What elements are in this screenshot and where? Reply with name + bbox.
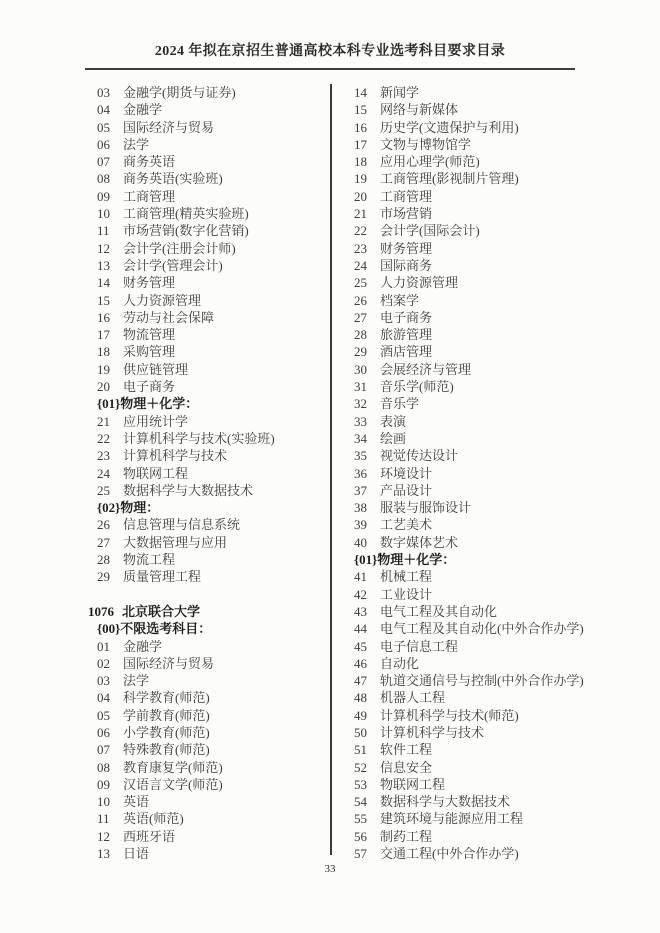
item-text: 制药工程 [380, 829, 432, 844]
item-text: 计算机科学与技术 [380, 725, 484, 740]
item-text: 特殊教育(师范) [123, 742, 210, 757]
major-item: 12会计学(注册会计师) [0, 240, 330, 257]
item-number: 20 [97, 378, 114, 395]
item-number: 08 [97, 170, 114, 187]
item-number: 08 [97, 759, 114, 776]
item-text: 法学 [123, 673, 149, 688]
item-text: 绘画 [380, 431, 406, 446]
item-number: 24 [354, 257, 371, 274]
item-text: 旅游管理 [380, 327, 432, 342]
item-text: 物联网工程 [123, 466, 188, 481]
item-number: 51 [354, 741, 371, 758]
item-number: 10 [97, 205, 114, 222]
document-page: 2024 年拟在京招生普通高校本科专业选考科目要求目录 03金融学(期货与证券)… [0, 0, 660, 933]
major-item: 29质量管理工程 [0, 568, 330, 585]
major-item: 13日语 [0, 845, 330, 862]
item-text: 电气工程及其自动化 [380, 604, 497, 619]
item-number: 05 [97, 119, 114, 136]
major-item: 03金融学(期货与证券) [0, 84, 330, 101]
item-text: {01}物理＋化学： [354, 552, 455, 567]
item-text: 视觉传达设计 [380, 448, 458, 463]
item-number: 44 [354, 620, 371, 637]
major-item: 10工商管理(精英实验班) [0, 205, 330, 222]
major-item: 43电气工程及其自动化 [332, 603, 660, 620]
major-item: 25人力资源管理 [332, 274, 660, 291]
item-number: 14 [354, 84, 371, 101]
item-text: 网络与新媒体 [380, 102, 458, 117]
major-item: 21市场营销 [332, 205, 660, 222]
item-text: 酒店管理 [380, 344, 432, 359]
item-text: 表演 [380, 414, 406, 429]
item-number: 03 [97, 672, 114, 689]
item-number: 50 [354, 724, 371, 741]
major-item: 15网络与新媒体 [332, 101, 660, 118]
item-text: 财务管理 [123, 275, 175, 290]
item-text: 信息管理与信息系统 [123, 517, 240, 532]
item-text: {01}物理＋化学： [97, 396, 198, 411]
item-text: 大数据管理与应用 [123, 535, 227, 550]
major-item: 13会计学(管理会计) [0, 257, 330, 274]
column-right: 14新闻学15网络与新媒体16历史学(文遗保护与利用)17文物与博物馆学18应用… [332, 84, 660, 862]
item-number: 35 [354, 447, 371, 464]
item-number: 05 [97, 707, 114, 724]
item-number: 15 [354, 101, 371, 118]
item-number: 42 [354, 586, 371, 603]
major-item: 54数据科学与大数据技术 [332, 793, 660, 810]
item-number: 30 [354, 361, 371, 378]
item-number: 32 [354, 395, 371, 412]
page-number: 33 [0, 863, 660, 875]
item-number: 25 [354, 274, 371, 291]
item-text: 商务英语(实验班) [123, 171, 223, 186]
major-item: 17文物与博物馆学 [332, 136, 660, 153]
item-text: 软件工程 [380, 742, 432, 757]
major-item: 20工商管理 [332, 188, 660, 205]
major-item: 27电子商务 [332, 309, 660, 326]
item-text: 电子信息工程 [380, 639, 458, 654]
item-number: 02 [97, 655, 114, 672]
major-item: 19工商管理(影视制片管理) [332, 170, 660, 187]
item-text: 工商管理(精英实验班) [123, 206, 249, 221]
major-item: 14新闻学 [332, 84, 660, 101]
column-left: 03金融学(期货与证券)04金融学05国际经济与贸易06法学07商务英语08商务… [0, 84, 330, 862]
major-item: 16劳动与社会保障 [0, 309, 330, 326]
major-item: 17物流管理 [0, 326, 330, 343]
item-number: 1076 [88, 603, 114, 620]
subject-requirement-header: {02}物理： [0, 499, 330, 516]
major-item: 23财务管理 [332, 240, 660, 257]
item-text: 产品设计 [380, 483, 432, 498]
item-number: 55 [354, 810, 371, 827]
major-item: 01金融学 [0, 638, 330, 655]
item-text: 电气工程及其自动化(中外合作办学) [380, 621, 584, 636]
major-item: 08教育康复学(师范) [0, 759, 330, 776]
item-text: 数据科学与大数据技术 [380, 794, 510, 809]
item-number: 28 [97, 551, 114, 568]
major-item: 05学前教育(师范) [0, 707, 330, 724]
item-text: 汉语言文学(师范) [123, 777, 223, 792]
item-text: 人力资源管理 [380, 275, 458, 290]
item-number: 21 [354, 205, 371, 222]
item-text: 自动化 [380, 656, 419, 671]
major-item: 20电子商务 [0, 378, 330, 395]
major-item: 10英语 [0, 793, 330, 810]
major-item: 46自动化 [332, 655, 660, 672]
item-number: 47 [354, 672, 371, 689]
major-item: 14财务管理 [0, 274, 330, 291]
major-item: 07商务英语 [0, 153, 330, 170]
item-text: 音乐学 [380, 396, 419, 411]
item-number: 11 [97, 222, 114, 239]
item-number: 54 [354, 793, 371, 810]
item-text: 工艺美术 [380, 517, 432, 532]
item-number: 03 [97, 84, 114, 101]
item-number: 28 [354, 326, 371, 343]
item-text: {00}不限选考科目： [97, 621, 211, 636]
item-text: 音乐学(师范) [380, 379, 454, 394]
item-number: 34 [354, 430, 371, 447]
item-number: 20 [354, 188, 371, 205]
major-item: 48机器人工程 [332, 689, 660, 706]
page-title: 2024 年拟在京招生普通高校本科专业选考科目要求目录 [0, 40, 660, 60]
item-number: 19 [354, 170, 371, 187]
item-text: 新闻学 [380, 85, 419, 100]
major-item: 56制药工程 [332, 828, 660, 845]
major-item: 26信息管理与信息系统 [0, 516, 330, 533]
item-text: {02}物理： [97, 500, 159, 515]
item-text: 工商管理 [123, 189, 175, 204]
item-text: 计算机科学与技术 [123, 448, 227, 463]
item-number: 18 [97, 343, 114, 360]
major-item: 41机械工程 [332, 568, 660, 585]
item-number: 27 [97, 534, 114, 551]
item-number: 11 [97, 810, 114, 827]
item-text: 英语 [123, 794, 149, 809]
major-item: 23计算机科学与技术 [0, 447, 330, 464]
item-number: 16 [97, 309, 114, 326]
item-number: 25 [97, 482, 114, 499]
major-item: 24国际商务 [332, 257, 660, 274]
item-text: 轨道交通信号与控制(中外合作办学) [380, 673, 584, 688]
item-text: 人力资源管理 [123, 293, 201, 308]
subject-requirement-header: {01}物理＋化学： [0, 395, 330, 412]
item-text: 国际经济与贸易 [123, 120, 214, 135]
item-text: 电子商务 [123, 379, 175, 394]
item-text: 北京联合大学 [122, 604, 200, 619]
item-text: 小学教育(师范) [123, 725, 210, 740]
line-gap [0, 586, 330, 603]
item-number: 04 [97, 101, 114, 118]
major-item: 28物流工程 [0, 551, 330, 568]
item-text: 科学教育(师范) [123, 690, 210, 705]
major-item: 15人力资源管理 [0, 292, 330, 309]
item-number: 17 [354, 136, 371, 153]
item-text: 教育康复学(师范) [123, 760, 223, 775]
item-text: 建筑环境与能源应用工程 [380, 811, 523, 826]
item-number: 16 [354, 119, 371, 136]
item-number: 45 [354, 638, 371, 655]
major-item: 18采购管理 [0, 343, 330, 360]
item-text: 会计学(国际会计) [380, 223, 480, 238]
item-text: 电子商务 [380, 310, 432, 325]
major-item: 55建筑环境与能源应用工程 [332, 810, 660, 827]
major-item: 36环境设计 [332, 465, 660, 482]
item-text: 工商管理 [380, 189, 432, 204]
major-item: 06小学教育(师范) [0, 724, 330, 741]
item-text: 工业设计 [380, 587, 432, 602]
item-text: 国际经济与贸易 [123, 656, 214, 671]
major-item: 08商务英语(实验班) [0, 170, 330, 187]
item-number: 29 [97, 568, 114, 585]
major-item: 18应用心理学(师范) [332, 153, 660, 170]
major-item: 57交通工程(中外合作办学) [332, 845, 660, 862]
major-item: 12西班牙语 [0, 828, 330, 845]
major-item: 35视觉传达设计 [332, 447, 660, 464]
major-item: 45电子信息工程 [332, 638, 660, 655]
item-text: 机器人工程 [380, 690, 445, 705]
major-item: 07特殊教育(师范) [0, 741, 330, 758]
major-item: 02国际经济与贸易 [0, 655, 330, 672]
major-item: 16历史学(文遗保护与利用) [332, 119, 660, 136]
item-number: 33 [354, 413, 371, 430]
major-item: 22会计学(国际会计) [332, 222, 660, 239]
major-item: 44电气工程及其自动化(中外合作办学) [332, 620, 660, 637]
major-item: 26档案学 [332, 292, 660, 309]
item-number: 18 [354, 153, 371, 170]
university-header: 1076北京联合大学 [0, 603, 330, 620]
item-text: 学前教育(师范) [123, 708, 210, 723]
major-item: 30会展经济与管理 [332, 361, 660, 378]
item-text: 信息安全 [380, 760, 432, 775]
item-number: 13 [97, 845, 114, 862]
major-item: 40数字媒体艺术 [332, 534, 660, 551]
subject-requirement-header: {00}不限选考科目： [0, 620, 330, 637]
major-item: 31音乐学(师范) [332, 378, 660, 395]
item-text: 英语(师范) [123, 811, 184, 826]
item-text: 法学 [123, 137, 149, 152]
item-text: 供应链管理 [123, 362, 188, 377]
header-rule [85, 68, 575, 70]
item-number: 06 [97, 724, 114, 741]
item-text: 日语 [123, 846, 149, 861]
item-number: 07 [97, 741, 114, 758]
item-number: 43 [354, 603, 371, 620]
major-item: 03法学 [0, 672, 330, 689]
item-number: 09 [97, 776, 114, 793]
major-item: 29酒店管理 [332, 343, 660, 360]
item-text: 机械工程 [380, 569, 432, 584]
item-number: 14 [97, 274, 114, 291]
major-item: 47轨道交通信号与控制(中外合作办学) [332, 672, 660, 689]
item-text: 市场营销 [380, 206, 432, 221]
major-item: 25数据科学与大数据技术 [0, 482, 330, 499]
major-item: 04科学教育(师范) [0, 689, 330, 706]
item-number: 01 [97, 638, 114, 655]
major-item: 42工业设计 [332, 586, 660, 603]
item-number: 19 [97, 361, 114, 378]
item-number: 40 [354, 534, 371, 551]
item-number: 41 [354, 568, 371, 585]
major-item: 06法学 [0, 136, 330, 153]
item-text: 数据科学与大数据技术 [123, 483, 253, 498]
item-text: 工商管理(影视制片管理) [380, 171, 519, 186]
item-text: 文物与博物馆学 [380, 137, 471, 152]
item-number: 38 [354, 499, 371, 516]
item-number: 57 [354, 845, 371, 862]
item-number: 13 [97, 257, 114, 274]
major-item: 22计算机科学与技术(实验班) [0, 430, 330, 447]
item-number: 15 [97, 292, 114, 309]
item-text: 西班牙语 [123, 829, 175, 844]
major-item: 19供应链管理 [0, 361, 330, 378]
item-text: 采购管理 [123, 344, 175, 359]
item-text: 计算机科学与技术(师范) [380, 708, 519, 723]
major-item: 09汉语言文学(师范) [0, 776, 330, 793]
item-number: 36 [354, 465, 371, 482]
item-text: 交通工程(中外合作办学) [380, 846, 519, 861]
item-number: 29 [354, 343, 371, 360]
item-number: 10 [97, 793, 114, 810]
item-number: 46 [354, 655, 371, 672]
major-item: 51软件工程 [332, 741, 660, 758]
item-number: 26 [354, 292, 371, 309]
item-number: 37 [354, 482, 371, 499]
item-text: 物流工程 [123, 552, 175, 567]
major-item: 32音乐学 [332, 395, 660, 412]
item-text: 数字媒体艺术 [380, 535, 458, 550]
item-text: 国际商务 [380, 258, 432, 273]
item-number: 22 [354, 222, 371, 239]
item-number: 39 [354, 516, 371, 533]
major-item: 38服装与服饰设计 [332, 499, 660, 516]
item-text: 质量管理工程 [123, 569, 201, 584]
major-item: 53物联网工程 [332, 776, 660, 793]
item-number: 27 [354, 309, 371, 326]
item-text: 会计学(管理会计) [123, 258, 223, 273]
major-item: 24物联网工程 [0, 465, 330, 482]
item-number: 04 [97, 689, 114, 706]
subject-requirement-header: {01}物理＋化学： [332, 551, 660, 568]
item-number: 56 [354, 828, 371, 845]
item-text: 财务管理 [380, 241, 432, 256]
item-text: 历史学(文遗保护与利用) [380, 120, 519, 135]
item-text: 金融学 [123, 102, 162, 117]
item-number: 31 [354, 378, 371, 395]
item-text: 劳动与社会保障 [123, 310, 214, 325]
major-item: 28旅游管理 [332, 326, 660, 343]
item-number: 23 [97, 447, 114, 464]
major-item: 33表演 [332, 413, 660, 430]
major-item: 50计算机科学与技术 [332, 724, 660, 741]
item-number: 21 [97, 413, 114, 430]
item-text: 应用统计学 [123, 414, 188, 429]
item-number: 48 [354, 689, 371, 706]
major-item: 05国际经济与贸易 [0, 119, 330, 136]
item-number: 09 [97, 188, 114, 205]
item-text: 物联网工程 [380, 777, 445, 792]
item-number: 17 [97, 326, 114, 343]
major-item: 37产品设计 [332, 482, 660, 499]
item-text: 计算机科学与技术(实验班) [123, 431, 275, 446]
major-item: 52信息安全 [332, 759, 660, 776]
item-number: 12 [97, 828, 114, 845]
item-text: 档案学 [380, 293, 419, 308]
item-number: 52 [354, 759, 371, 776]
item-text: 市场营销(数字化营销) [123, 223, 249, 238]
item-text: 环境设计 [380, 466, 432, 481]
item-number: 22 [97, 430, 114, 447]
major-item: 49计算机科学与技术(师范) [332, 707, 660, 724]
item-text: 商务英语 [123, 154, 175, 169]
item-number: 07 [97, 153, 114, 170]
item-text: 金融学(期货与证券) [123, 85, 236, 100]
item-text: 物流管理 [123, 327, 175, 342]
item-text: 服装与服饰设计 [380, 500, 471, 515]
item-text: 会展经济与管理 [380, 362, 471, 377]
major-item: 04金融学 [0, 101, 330, 118]
item-text: 金融学 [123, 639, 162, 654]
item-number: 06 [97, 136, 114, 153]
major-item: 11市场营销(数字化营销) [0, 222, 330, 239]
major-item: 39工艺美术 [332, 516, 660, 533]
major-item: 11英语(师范) [0, 810, 330, 827]
major-item: 21应用统计学 [0, 413, 330, 430]
item-number: 23 [354, 240, 371, 257]
item-text: 会计学(注册会计师) [123, 241, 236, 256]
item-text: 应用心理学(师范) [380, 154, 480, 169]
item-number: 24 [97, 465, 114, 482]
item-number: 53 [354, 776, 371, 793]
major-item: 34绘画 [332, 430, 660, 447]
major-item: 27大数据管理与应用 [0, 534, 330, 551]
item-number: 26 [97, 516, 114, 533]
item-number: 12 [97, 240, 114, 257]
item-number: 49 [354, 707, 371, 724]
major-item: 09工商管理 [0, 188, 330, 205]
